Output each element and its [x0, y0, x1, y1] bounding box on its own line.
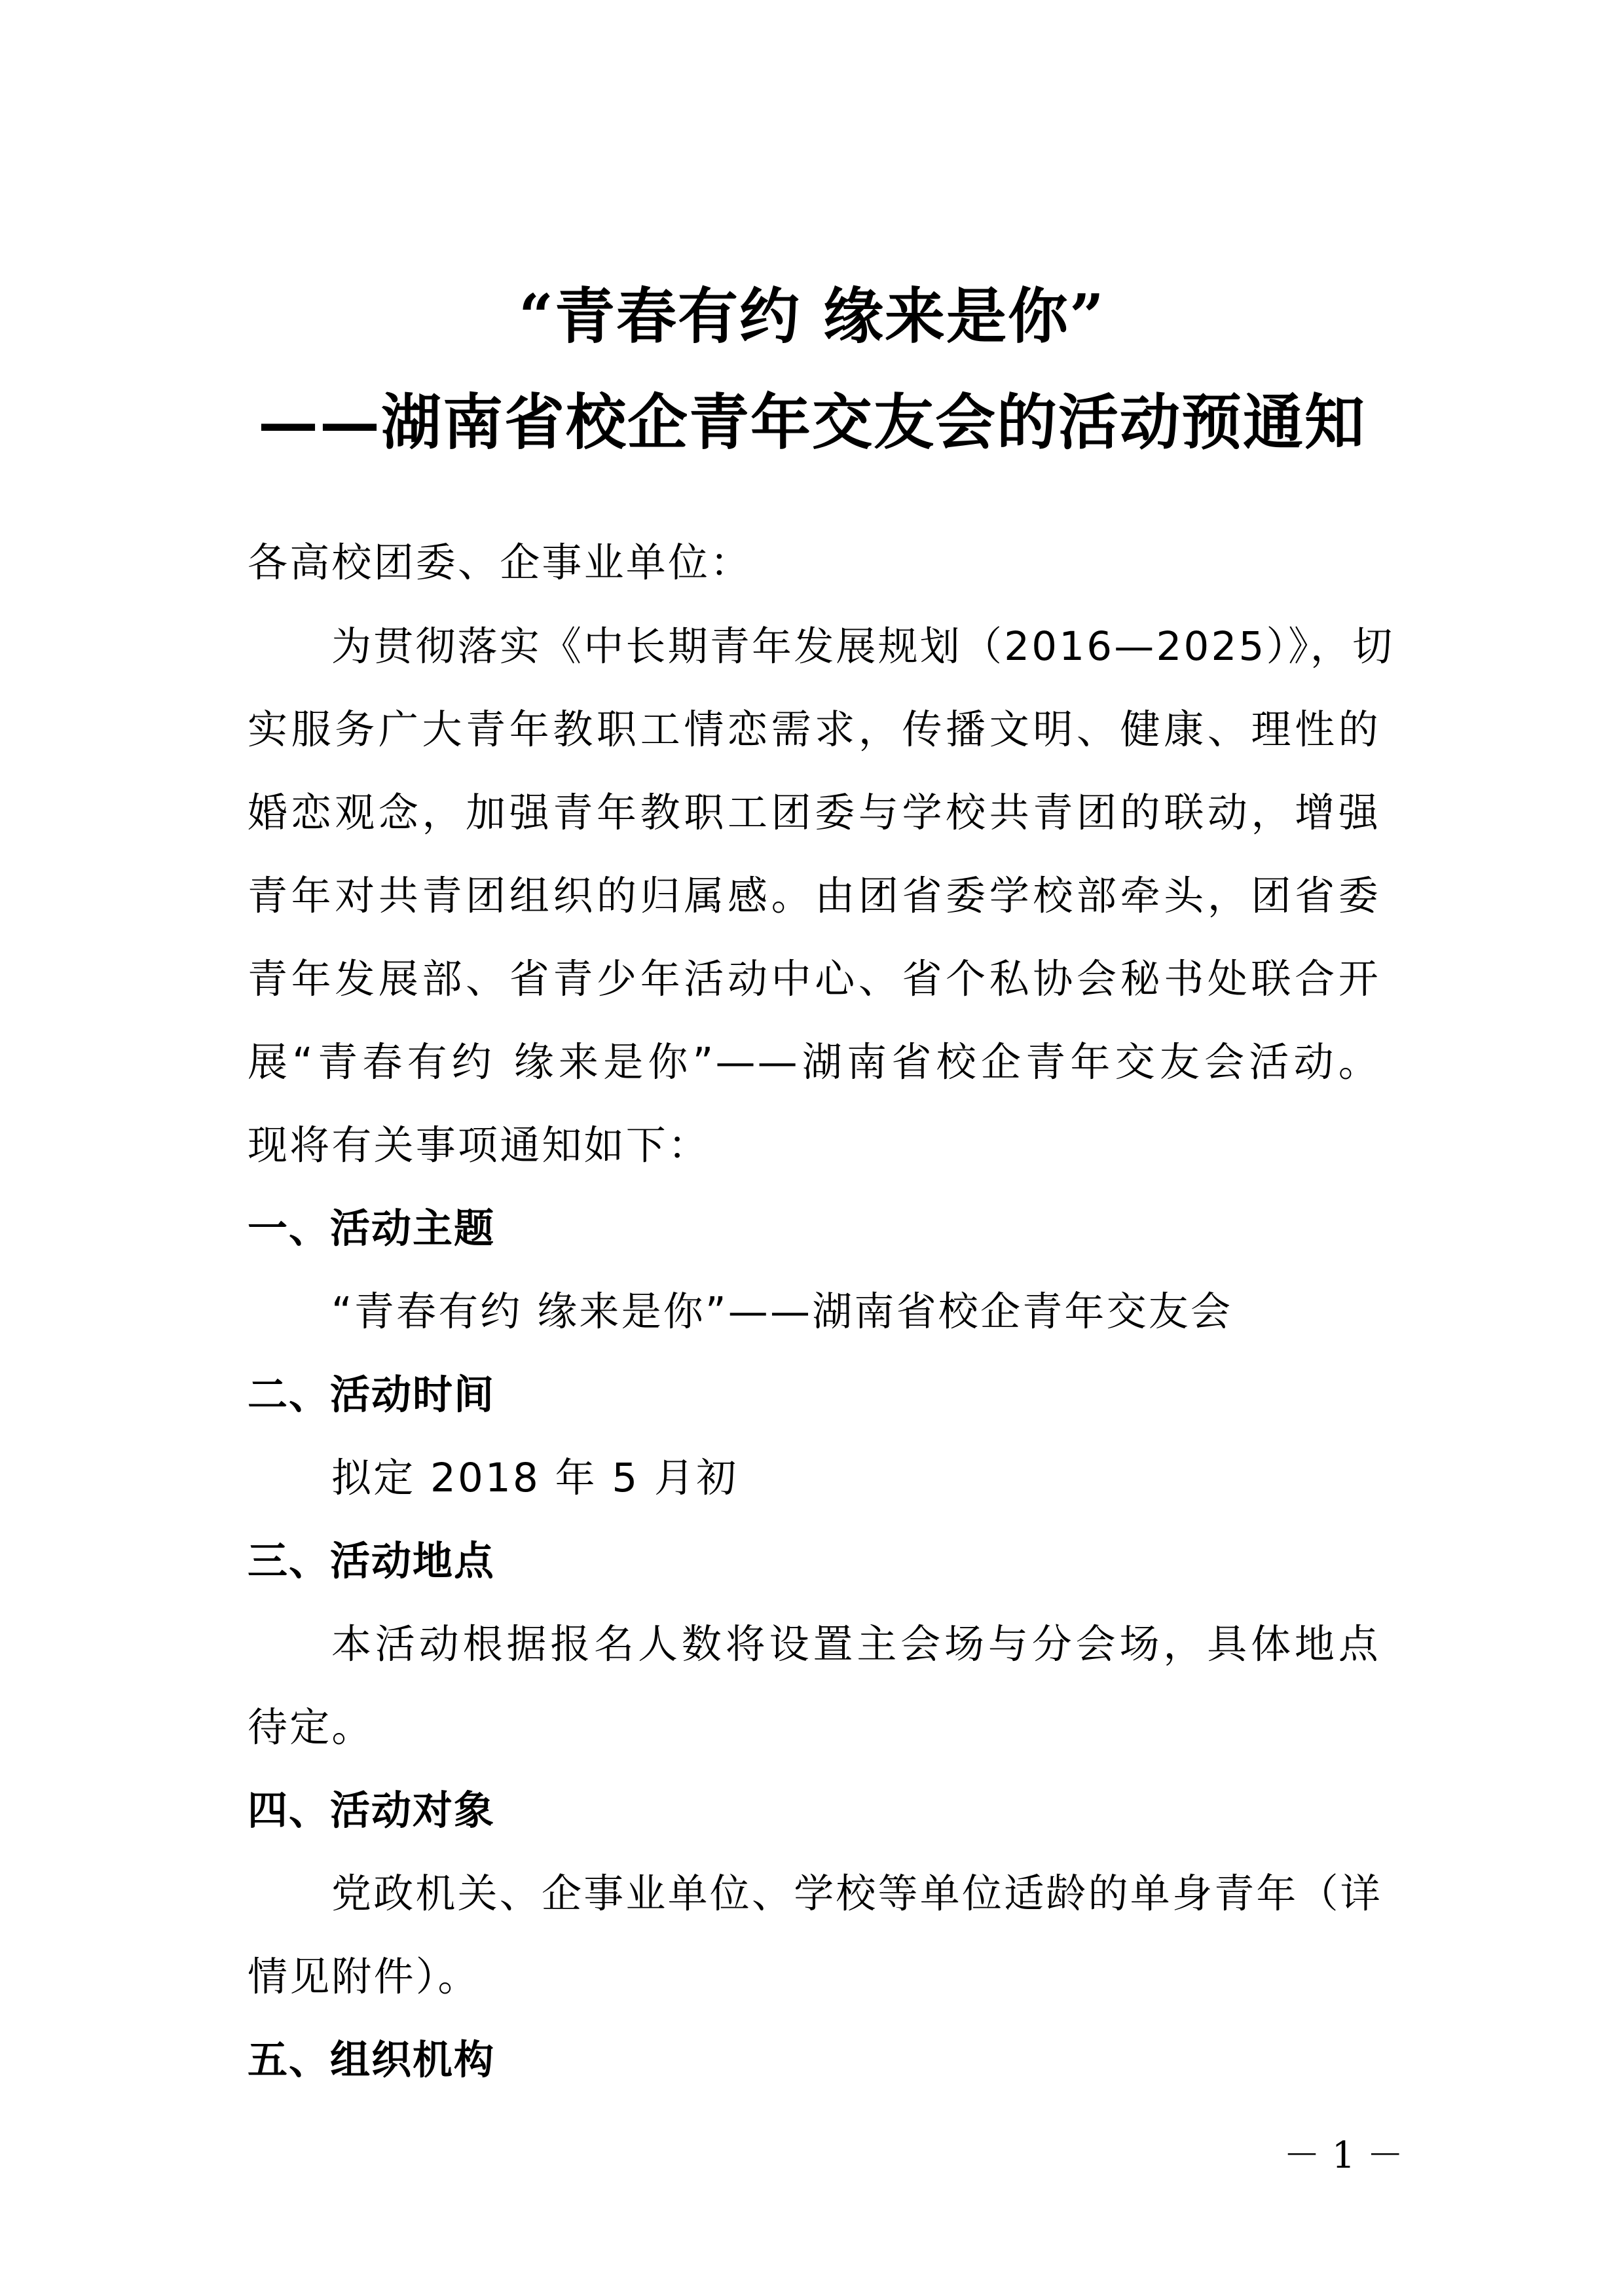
- salutation: 各高校团委、企事业单位：: [248, 537, 1380, 589]
- section-heading-location: 三、活动地点: [248, 1535, 1380, 1588]
- section-body-line: 本活动根据报名人数将设置主会场与分会场，具体地点: [248, 1618, 1380, 1671]
- intro-paragraph-line: 展“青春有约 缘来是你”——湖南省校企青年交友会活动。: [248, 1036, 1380, 1089]
- intro-paragraph-line: 婚恋观念，加强青年教职工团委与学校共青团的联动，增强: [248, 787, 1380, 839]
- section-body-line: 待定。: [248, 1702, 1380, 1754]
- document-title-line-1: “青春有约 缘来是你”: [0, 280, 1624, 352]
- intro-paragraph-line: 青年发展部、省青少年活动中心、省个私协会秘书处联合开: [248, 953, 1380, 1006]
- document-title-line-2: ——湖南省校企青年交友会的活动预通知: [0, 386, 1624, 458]
- intro-paragraph-line: 青年对共青团组织的归属感。由团省委学校部牵头，团省委: [248, 870, 1380, 922]
- page-number: － 1 －: [1283, 2133, 1382, 2179]
- document-page: “青春有约 缘来是你” ——湖南省校企青年交友会的活动预通知 各高校团委、企事业…: [0, 0, 1624, 2296]
- section-heading-time: 二、活动时间: [248, 1369, 1380, 1421]
- section-body-line: 情见附件）。: [248, 1951, 1380, 2003]
- section-heading-organization: 五、组织机构: [248, 2034, 1380, 2086]
- section-heading-theme: 一、活动主题: [248, 1203, 1380, 1255]
- section-body-line: 拟定 2018 年 5 月初: [248, 1452, 1380, 1504]
- section-body-line: 党政机关、企事业单位、学校等单位适龄的单身青年（详: [248, 1868, 1380, 1920]
- section-body-line: “青春有约 缘来是你”——湖南省校企青年交友会: [248, 1286, 1380, 1338]
- section-heading-participants: 四、活动对象: [248, 1785, 1380, 1837]
- intro-paragraph-line: 实服务广大青年教职工情恋需求，传播文明、健康、理性的: [248, 704, 1380, 756]
- intro-paragraph-line: 为贯彻落实《中长期青年发展规划（2016—2025）》，切: [248, 621, 1380, 673]
- intro-paragraph-line: 现将有关事项通知如下：: [248, 1120, 1380, 1172]
